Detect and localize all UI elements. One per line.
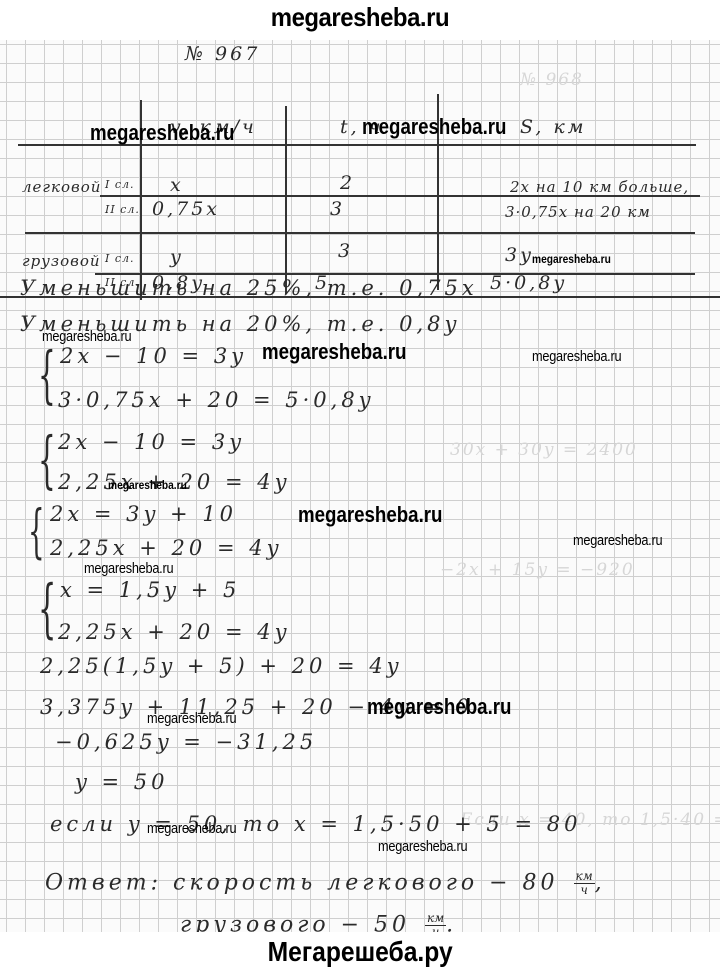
cell-time: 3: [338, 240, 353, 262]
system-equation: 2x − 10 = 3y: [58, 430, 245, 454]
bleed-through-text: № 968: [520, 70, 584, 90]
answer-car-speed: скорость легкового − 80: [173, 871, 559, 896]
system-equation: x = 1,5y + 5: [60, 578, 240, 602]
watermark: megaresheba.ru: [42, 328, 131, 345]
watermark: megaresheba.ru: [84, 560, 173, 577]
cell-speed: x: [170, 174, 184, 196]
watermark: megaresheba.ru: [147, 710, 236, 727]
watermark: megaresheba.ru: [573, 532, 662, 549]
note-line: Уменьшить на 25%, т.е. 0,75x: [20, 276, 478, 300]
watermark: megaresheba.ru: [378, 838, 467, 855]
answer-line-2: грузового − 50 км ч .: [180, 912, 457, 932]
answer-truck-speed: грузового − 50: [180, 913, 410, 933]
system-brace: {: [38, 572, 56, 646]
system-equation: 2,25x + 20 = 4y: [58, 620, 290, 644]
bleed-through-text: −2x + 15y = −920: [440, 560, 635, 580]
answer-line-1: Ответ: скорость легкового − 80 км ч ,: [45, 870, 606, 897]
header-distance: S, км: [520, 116, 587, 138]
unit-fraction: км ч: [425, 912, 446, 932]
system-brace: {: [38, 423, 56, 496]
vehicle-car: легковой: [22, 178, 101, 196]
solution-step: 2,25(1,5y + 5) + 20 = 4y: [40, 654, 403, 678]
notebook-page: № 968 30x + 30y = 2400 −2x + 15y = −920 …: [0, 40, 720, 932]
watermark: megaresheba.ru: [532, 348, 621, 365]
watermark: megaresheba.ru: [532, 252, 611, 266]
watermark: megaresheba.ru: [108, 478, 187, 492]
solution-step: если y = 50, то x = 1,5·50 + 5 = 80: [50, 812, 581, 836]
cell-distance: 3y: [505, 244, 534, 266]
case-label: II сл.: [105, 203, 140, 216]
system-equation: 3·0,75x + 20 = 5·0,8y: [58, 388, 375, 412]
watermark: megaresheba.ru: [298, 502, 442, 528]
cell-time: 3: [330, 198, 345, 220]
site-title: megaresheba.ru: [271, 0, 449, 34]
table-divider: [285, 106, 287, 294]
watermark: megaresheba.ru: [262, 339, 406, 365]
watermark: megaresheba.ru: [147, 820, 236, 837]
system-brace: {: [38, 338, 56, 411]
cell-distance: 3·0,75x на 20 км: [505, 203, 651, 221]
system-equation: 2x = 3y + 10: [50, 502, 237, 526]
watermark: megaresheba.ru: [90, 120, 234, 146]
unit-fraction: км ч: [574, 870, 595, 897]
cell-distance: 2x на 10 км больше,: [510, 178, 689, 196]
system-equation: 2,25x + 20 = 4y: [50, 536, 282, 560]
site-footer: Мегарешеба.ру: [0, 932, 720, 977]
system-equation: 2x − 10 = 3y: [60, 344, 247, 368]
cell-distance: 5·0,8y: [490, 272, 567, 294]
case-label: I сл.: [105, 252, 135, 265]
system-brace: {: [28, 497, 45, 565]
solution-step: y = 50: [75, 770, 169, 794]
cell-speed: y: [170, 246, 184, 268]
problem-number: № 967: [185, 43, 260, 65]
watermark: megaresheba.ru: [367, 694, 511, 720]
site-title-cyrillic: Мегарешеба.ру: [267, 932, 452, 972]
watermark: megaresheba.ru: [362, 114, 506, 140]
cell-speed: 0,75x: [152, 198, 220, 220]
bleed-through-text: 30x + 30y = 2400: [450, 440, 638, 460]
solution-step: −0,625y = −31,25: [55, 730, 317, 754]
cell-time: 2: [340, 172, 355, 194]
table-row-rule: [25, 232, 695, 234]
vehicle-truck: грузовой: [22, 252, 101, 270]
case-label: I сл.: [105, 178, 135, 191]
site-header: megaresheba.ru: [0, 0, 720, 40]
answer-label: Ответ:: [45, 871, 162, 896]
